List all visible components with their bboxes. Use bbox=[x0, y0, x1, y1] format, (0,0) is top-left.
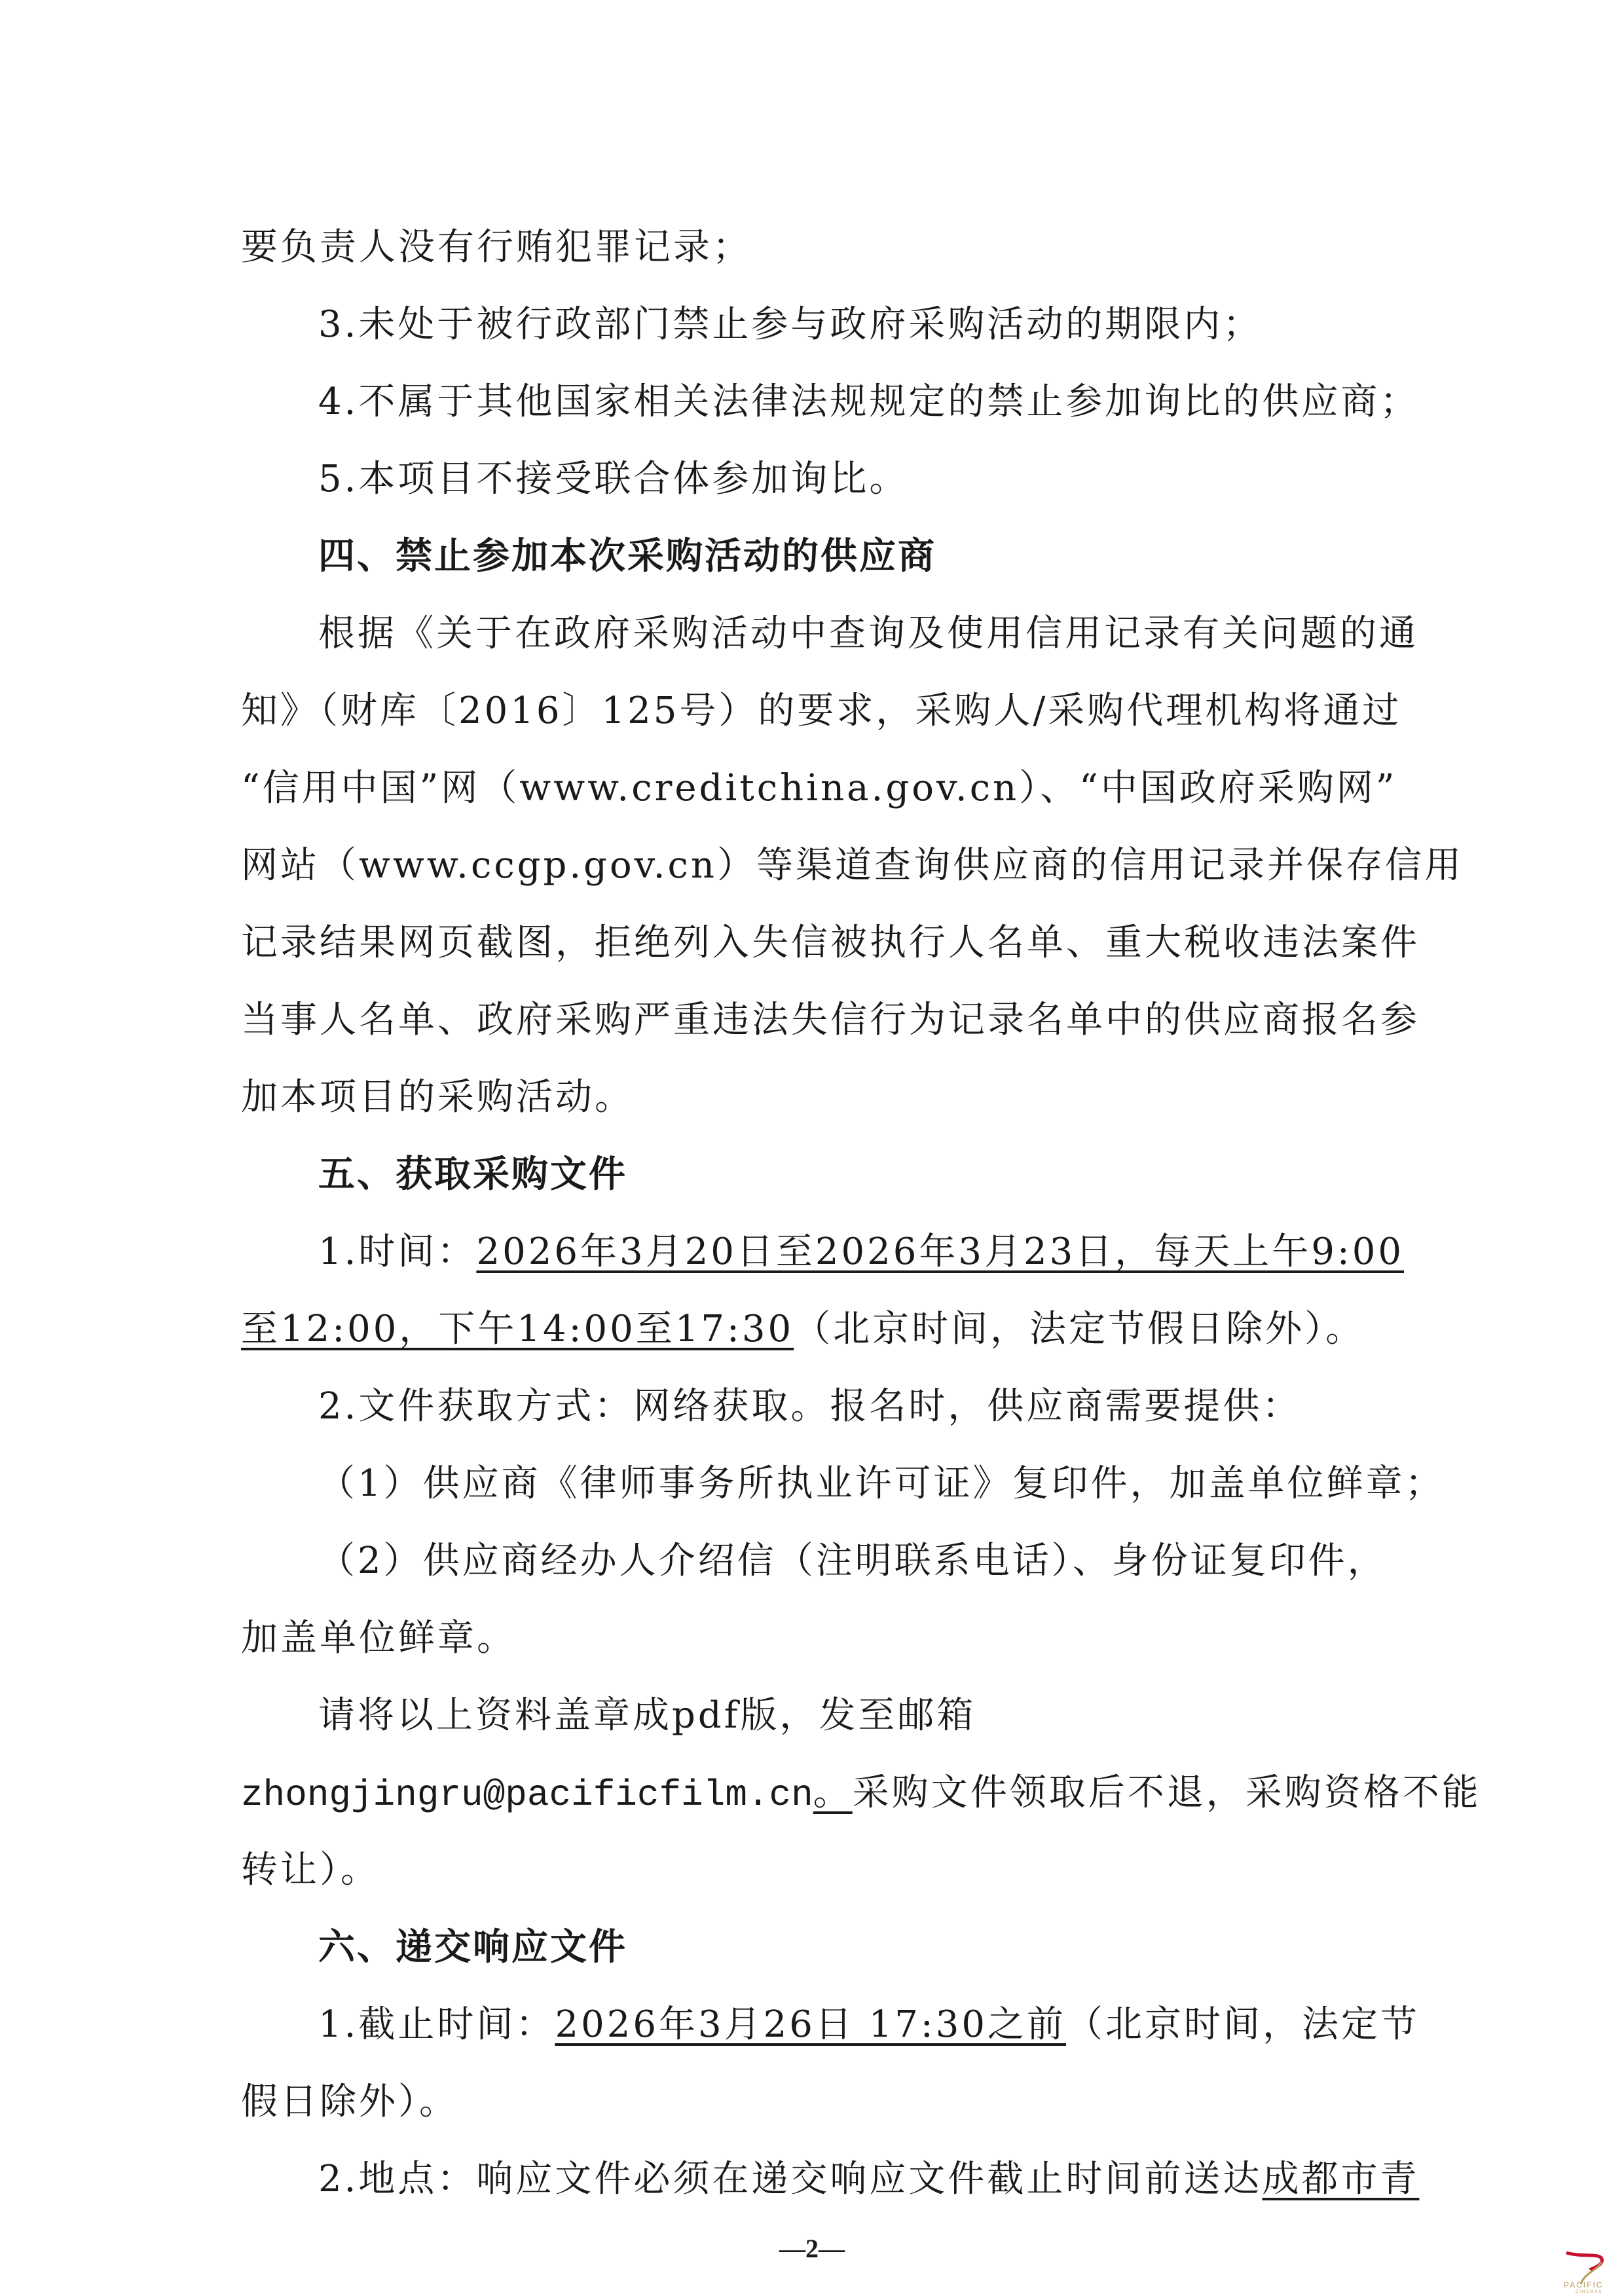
deadline-value: 2026年3月26日 17:30之前 bbox=[555, 2003, 1066, 2046]
text-line: 假日除外）。 bbox=[241, 2079, 1367, 2125]
logo-name: PACIFIC bbox=[1564, 2280, 1603, 2289]
text-line: “信用中国”网（www.creditchina.gov.cn）、“中国政府采购网… bbox=[241, 766, 1367, 811]
email-link[interactable]: zhongjingru@pacificfilm.cn bbox=[241, 1774, 813, 1816]
logo-sub: CINEMAS bbox=[1576, 2290, 1602, 2294]
text-line: 4.不属于其他国家相关法律法规规定的禁止参加询比的供应商； bbox=[318, 379, 1367, 425]
time-value: 2026年3月20日至2026年3月23日，每天上午9:00 bbox=[476, 1231, 1404, 1273]
time-value-cont: 至12:00，下午14:00至17:30 bbox=[241, 1308, 794, 1350]
text-line: 5.本项目不接受联合体参加询比。 bbox=[318, 456, 1367, 502]
deadline-note: （北京时间，法定节 bbox=[1066, 2003, 1420, 2046]
deadline-line: 1.截止时间：2026年3月26日 17:30之前（北京时间，法定节 bbox=[318, 2002, 1367, 2048]
document-page: 要负责人没有行贿犯罪记录； 3.未处于被行政部门禁止参与政府采购活动的期限内； … bbox=[0, 0, 1624, 2296]
location-prefix: 2.地点：响应文件必须在递交响应文件截止时间前送达 bbox=[318, 2158, 1262, 2200]
text-line: 3.未处于被行政部门禁止参与政府采购活动的期限内； bbox=[318, 302, 1367, 348]
list-item: （2）供应商经办人介绍信（注明联系电话）、身份证复印件， bbox=[318, 1538, 1367, 1584]
text-line: 转让）。 bbox=[241, 1847, 1367, 1893]
text-line: 加盖单位鲜章。 bbox=[241, 1616, 1367, 1661]
location-line: 2.地点：响应文件必须在递交响应文件截止时间前送达成都市青 bbox=[318, 2157, 1367, 2202]
text-fragment: 采购文件领取后不退，采购资格不能 bbox=[853, 1771, 1481, 1814]
text-fragment: 。 bbox=[813, 1771, 853, 1814]
text-line: 加本项目的采购活动。 bbox=[241, 1075, 1367, 1120]
section-heading-5: 五、获取采购文件 bbox=[318, 1152, 1367, 1198]
section-heading-6: 六、递交响应文件 bbox=[318, 1925, 1367, 1971]
section-heading-4: 四、禁止参加本次采购活动的供应商 bbox=[318, 534, 1367, 580]
time-line-2: 至12:00，下午14:00至17:30（北京时间，法定节假日除外）。 bbox=[241, 1306, 1367, 1352]
page-number: —2— bbox=[0, 2233, 1624, 2264]
text-line: 记录结果网页截图，拒绝列入失信被执行人名单、重大税收违法案件 bbox=[241, 920, 1367, 966]
location-value: 成都市青 bbox=[1262, 2158, 1419, 2200]
text-line: 根据《关于在政府采购活动中查询及使用信用记录有关问题的通 bbox=[318, 611, 1367, 657]
email-line: zhongjingru@pacificfilm.cn。采购文件领取后不退，采购资… bbox=[241, 1770, 1367, 1816]
text-line: 2.文件获取方式：网络获取。报名时，供应商需要提供： bbox=[318, 1384, 1367, 1430]
time-label: 1.时间： bbox=[318, 1231, 476, 1273]
text-line: 当事人名单、政府采购严重违法失信行为记录名单中的供应商报名参 bbox=[241, 997, 1367, 1043]
text-line: 要负责人没有行贿犯罪记录； bbox=[241, 225, 1367, 270]
list-item: （1）供应商《律师事务所执业许可证》复印件，加盖单位鲜章； bbox=[318, 1461, 1367, 1507]
text-line: 网站（www.ccgp.gov.cn）等渠道查询供应商的信用记录并保存信用 bbox=[241, 843, 1367, 889]
text-line: 知》（财库〔2016〕125号）的要求，采购人/采购代理机构将通过 bbox=[241, 688, 1367, 734]
deadline-label: 1.截止时间： bbox=[318, 2003, 555, 2046]
text-line: 请将以上资料盖章成pdf版，发至邮箱 bbox=[318, 1693, 1367, 1739]
time-note: （北京时间，法定节假日除外）。 bbox=[794, 1308, 1365, 1350]
time-line-1: 1.时间：2026年3月20日至2026年3月23日，每天上午9:00 bbox=[318, 1229, 1367, 1275]
